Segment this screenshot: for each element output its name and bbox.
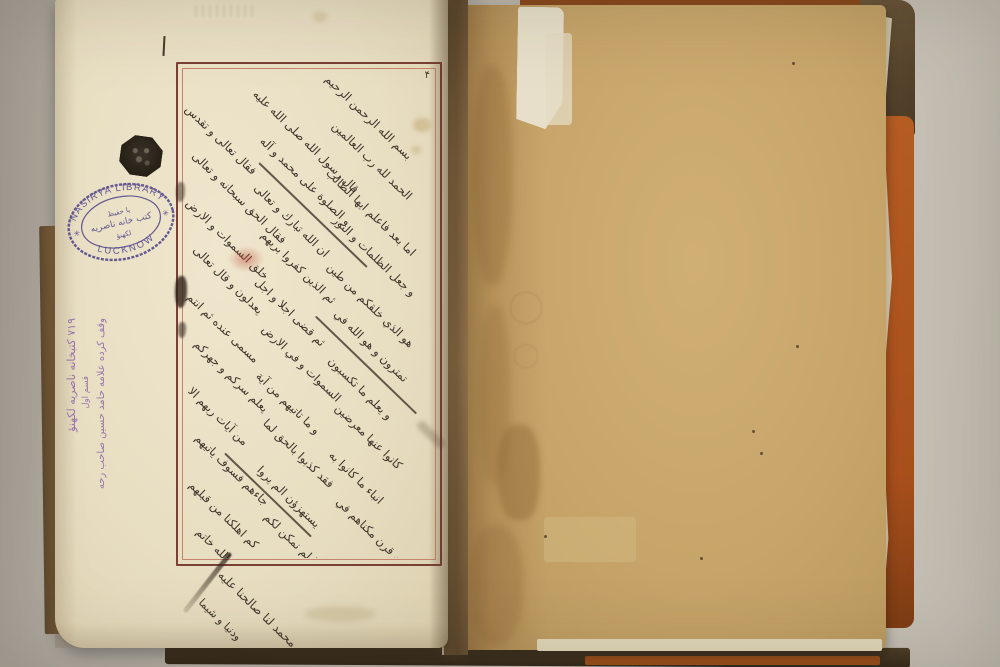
paper-repair-patch [546,33,572,125]
wormhole [752,430,755,433]
foxing-spot [313,12,327,22]
book-cover-bottom-orange-edge [585,656,880,665]
calligraphy-line: فقال تعالى و تقدس [184,102,260,177]
stamp-center-line3: لكهنؤ [115,229,132,240]
wormhole [792,62,795,65]
text-block-frame: ۴ بسم الله الرحمن الرحيمقال رسول الله صل… [176,62,442,566]
pen-mark [162,36,165,56]
right-page-blank [462,5,886,650]
stamp-star-icon: ✳ [161,208,170,218]
manuscript-photo: NASIRYA LIBRARY LUCKNOW يا حفيظ كتب خانه… [0,0,1000,667]
inscription-line: وقف كرده علامه حامد حسين صاحب رحه [94,318,109,518]
book-cover-right-edge [886,116,914,628]
calligraphy-line: من قرن مكناهم في [333,495,411,558]
wormhole [544,535,547,538]
page-shading [55,622,448,648]
page-bottom-edge [537,639,882,651]
foxing-spot [305,606,375,622]
stain [472,65,512,285]
waqf-inscription: ٧١٩ كتبخانه ناصريه لكهنؤ قسم اول وقف كرد… [64,318,109,518]
inscription-line: ٧١٩ كتبخانه ناصريه لكهنؤ [64,318,79,518]
wormhole [796,345,799,348]
paper-repair-patch [544,517,636,562]
stain [468,525,523,645]
red-ink-smudge [228,246,264,272]
wormhole [700,557,703,560]
calligraphy-line: انباء ما كانوا به [326,448,386,507]
inscription-line: قسم اول [79,318,94,518]
faint-watermark [500,277,552,387]
wormhole [760,452,763,455]
faint-offset-marks [195,5,255,17]
stain [498,425,540,520]
left-page: NASIRYA LIBRARY LUCKNOW يا حفيظ كتب خانه… [55,0,448,648]
calligraphy-block: بسم الله الرحمن الرحيمقال رسول الله صلى … [184,70,434,558]
stamp-star-icon: ✳ [73,229,82,239]
